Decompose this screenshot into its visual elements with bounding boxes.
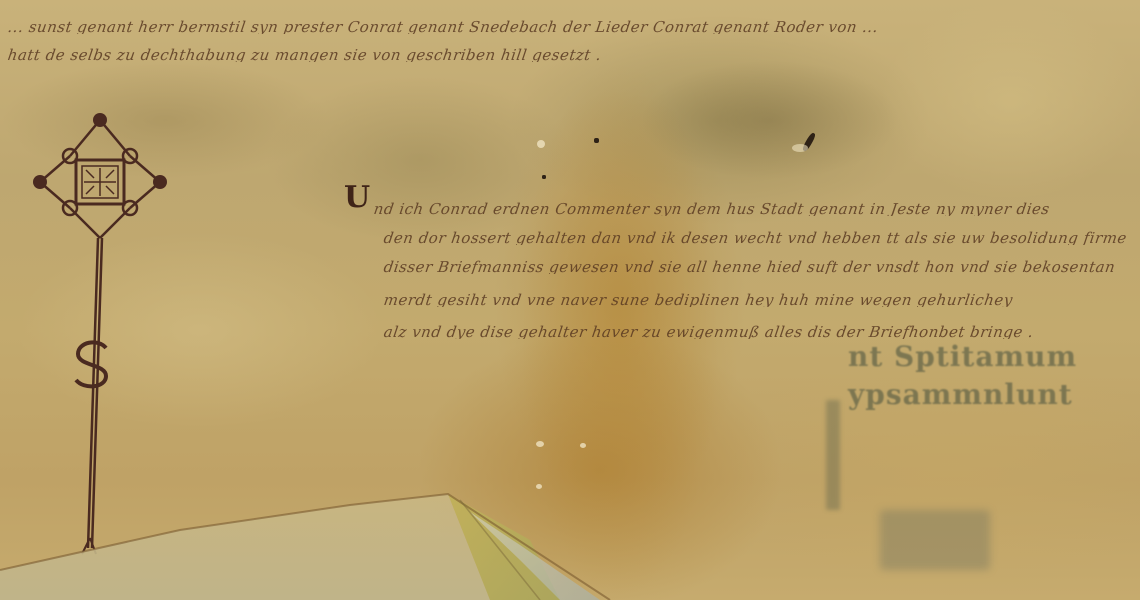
parchment-photo: ... sunst genant herr bermstil syn prest… [0, 0, 1140, 600]
folded-flap [0, 0, 1140, 600]
